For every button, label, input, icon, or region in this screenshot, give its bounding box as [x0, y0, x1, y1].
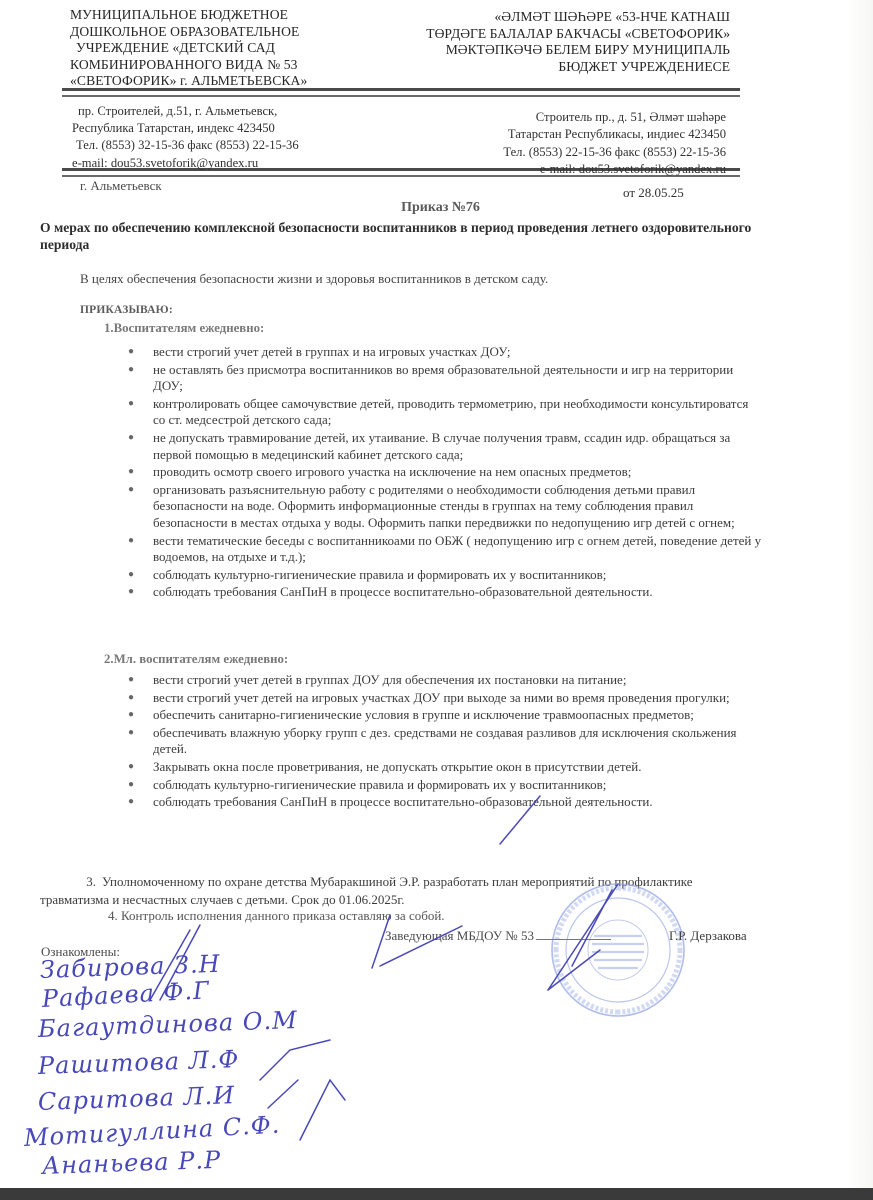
handwritten-signature: Ананьева Р.Р	[42, 1146, 222, 1180]
scan-bottom-edge	[0, 1188, 873, 1200]
handwritten-signature: Рашитова Л.Ф	[38, 1045, 240, 1080]
signature-blank-line	[536, 939, 611, 940]
bullet-icon: ●	[128, 672, 134, 689]
list-item: ●соблюдать культурно-гигиенические прави…	[153, 777, 763, 794]
list-item: ●соблюдать культурно-гигиенические прави…	[153, 567, 763, 584]
section-1-list: ●вести строгий учет детей в группах и на…	[153, 344, 763, 602]
address-line: Татарстан Республикасы, индиес 423450	[503, 126, 726, 143]
section-heading: 2.Мл. воспитателям ежедневно:	[104, 652, 288, 667]
bullet-icon: ●	[128, 362, 134, 379]
order-intro: В целях обеспечения безопасности жизни и…	[80, 271, 548, 287]
handwritten-signature: Багаутдинова О.М	[38, 1006, 299, 1043]
list-item: ●организовать разъяснительную работу с р…	[153, 482, 763, 532]
email-text: e-mail: dou53.svetoforik@yandex.ru	[503, 161, 726, 178]
official-stamp-icon	[548, 880, 688, 1020]
address-line: Республика Татарстан, индекс 423450	[72, 120, 299, 137]
list-item: ●вести строгий учет детей в группах и на…	[153, 344, 763, 361]
header-right-line: ТӨРДӘГЕ БАЛАЛАР БАКЧАСЫ «СВЕТОФОРИК»	[350, 26, 730, 43]
handwritten-signature: Саритова Л.И	[38, 1081, 236, 1116]
list-item: ●не допускать травмирование детей, их ут…	[153, 430, 763, 463]
bullet-icon: ●	[128, 567, 134, 584]
document-page: МУНИЦИПАЛЬНОЕ БЮДЖЕТНОЕ ДОШКОЛЬНОЕ ОБРАЗ…	[0, 0, 873, 1200]
bullet-icon: ●	[128, 777, 134, 794]
bullet-icon: ●	[128, 725, 134, 742]
header-left-line: КОМБИНИРОВАННОГО ВИДА № 53	[70, 57, 390, 74]
list-item: ●обеспечить санитарно-гигиенические усло…	[153, 707, 763, 724]
address-block-tt: Строитель пр., д. 51, Әлмәт шәһәре Татар…	[503, 109, 726, 178]
bullet-icon: ●	[128, 482, 134, 499]
header-left-line: МУНИЦИПАЛЬНОЕ БЮДЖЕТНОЕ	[70, 7, 390, 24]
section-2-list: ●вести строгий учет детей в группах ДОУ …	[153, 672, 763, 812]
bullet-icon: ●	[128, 430, 134, 447]
email-text: e-mail: dou53.svetoforik@yandex.ru	[72, 155, 299, 172]
list-item: ●проводить осмотр своего игрового участк…	[153, 464, 763, 481]
address-line: Тел. (8553) 32-15-36 факс (8553) 22-15-3…	[72, 137, 299, 154]
bullet-icon: ●	[128, 707, 134, 724]
signer-name: Г.Р. Дерзакова	[669, 928, 747, 944]
list-item: ●обеспечивать влажную уборку групп с дез…	[153, 725, 763, 758]
list-item: ●соблюдать требования СанПиН в процессе …	[153, 794, 763, 811]
header-org-name-tt: «ӘЛМӘТ ШӘҺӘРЕ «53-НЧЕ КАТНАШ ТӨРДӘГЕ БАЛ…	[350, 9, 730, 75]
address-line: Строитель пр., д. 51, Әлмәт шәһәре	[503, 109, 726, 126]
order-item-4: 4. Контроль исполнения данного приказа о…	[108, 908, 445, 924]
order-title: Приказ №76	[0, 200, 873, 216]
list-item: ●соблюдать требования СанПиН в процессе …	[153, 584, 763, 601]
header-org-name-ru: МУНИЦИПАЛЬНОЕ БЮДЖЕТНОЕ ДОШКОЛЬНОЕ ОБРАЗ…	[70, 7, 390, 90]
order-subject: О мерах по обеспечению комплексной безоп…	[40, 219, 780, 253]
bullet-icon: ●	[128, 794, 134, 811]
list-item: ●вести строгий учет детей в группах ДОУ …	[153, 672, 763, 689]
header-divider	[62, 88, 740, 91]
header-right-line: МӘКТӘПКӘЧӘ БЕЛЕМ БИРУ МУНИЦИПАЛЬ	[350, 42, 730, 59]
signature-position: Заведующая МБДОУ № 53	[385, 928, 613, 944]
document-city: г. Альметьевск	[80, 178, 162, 194]
handwritten-signature: Мотигуллина С.Ф.	[23, 1111, 281, 1152]
header-right-line: «ӘЛМӘТ ШӘҺӘРЕ «53-НЧЕ КАТНАШ	[350, 9, 730, 26]
list-item: ●Закрывать окна после проветривания, не …	[153, 759, 763, 776]
bullet-icon: ●	[128, 584, 134, 601]
list-item: ●вести строгий учет детей на игровых уча…	[153, 690, 763, 707]
bullet-icon: ●	[128, 464, 134, 481]
list-item: ●контролировать общее самочувствие детей…	[153, 396, 763, 429]
header-left-line: УЧРЕЖДЕНИЕ «ДЕТСКИЙ САД	[70, 40, 390, 57]
bullet-icon: ●	[128, 690, 134, 707]
list-item: ●не оставлять без присмотра воспитаннико…	[153, 362, 763, 395]
header-divider	[62, 95, 740, 97]
address-block-ru: пр. Строителей, д.51, г. Альметьевск, Ре…	[72, 103, 299, 172]
bullet-icon: ●	[128, 533, 134, 550]
address-line: пр. Строителей, д.51, г. Альметьевск,	[72, 103, 299, 120]
document-date: от 28.05.25	[623, 185, 684, 201]
order-directive: ПРИКАЗЫВАЮ:	[80, 304, 173, 316]
address-line: Тел. (8553) 22-15-36 факс (8553) 22-15-3…	[503, 144, 726, 161]
header-left-line: ДОШКОЛЬНОЕ ОБРАЗОВАТЕЛЬНОЕ	[70, 24, 390, 41]
list-item: ●вести тематические беседы с воспитанник…	[153, 533, 763, 566]
bullet-icon: ●	[128, 759, 134, 776]
section-heading: 1.Воспитателям ежедневно:	[104, 321, 264, 336]
scan-edge-shade	[847, 0, 873, 1188]
header-right-line: БЮДЖЕТ УЧРЕЖДЕНИЕСЕ	[350, 59, 730, 76]
bullet-icon: ●	[128, 344, 134, 361]
bullet-icon: ●	[128, 396, 134, 413]
